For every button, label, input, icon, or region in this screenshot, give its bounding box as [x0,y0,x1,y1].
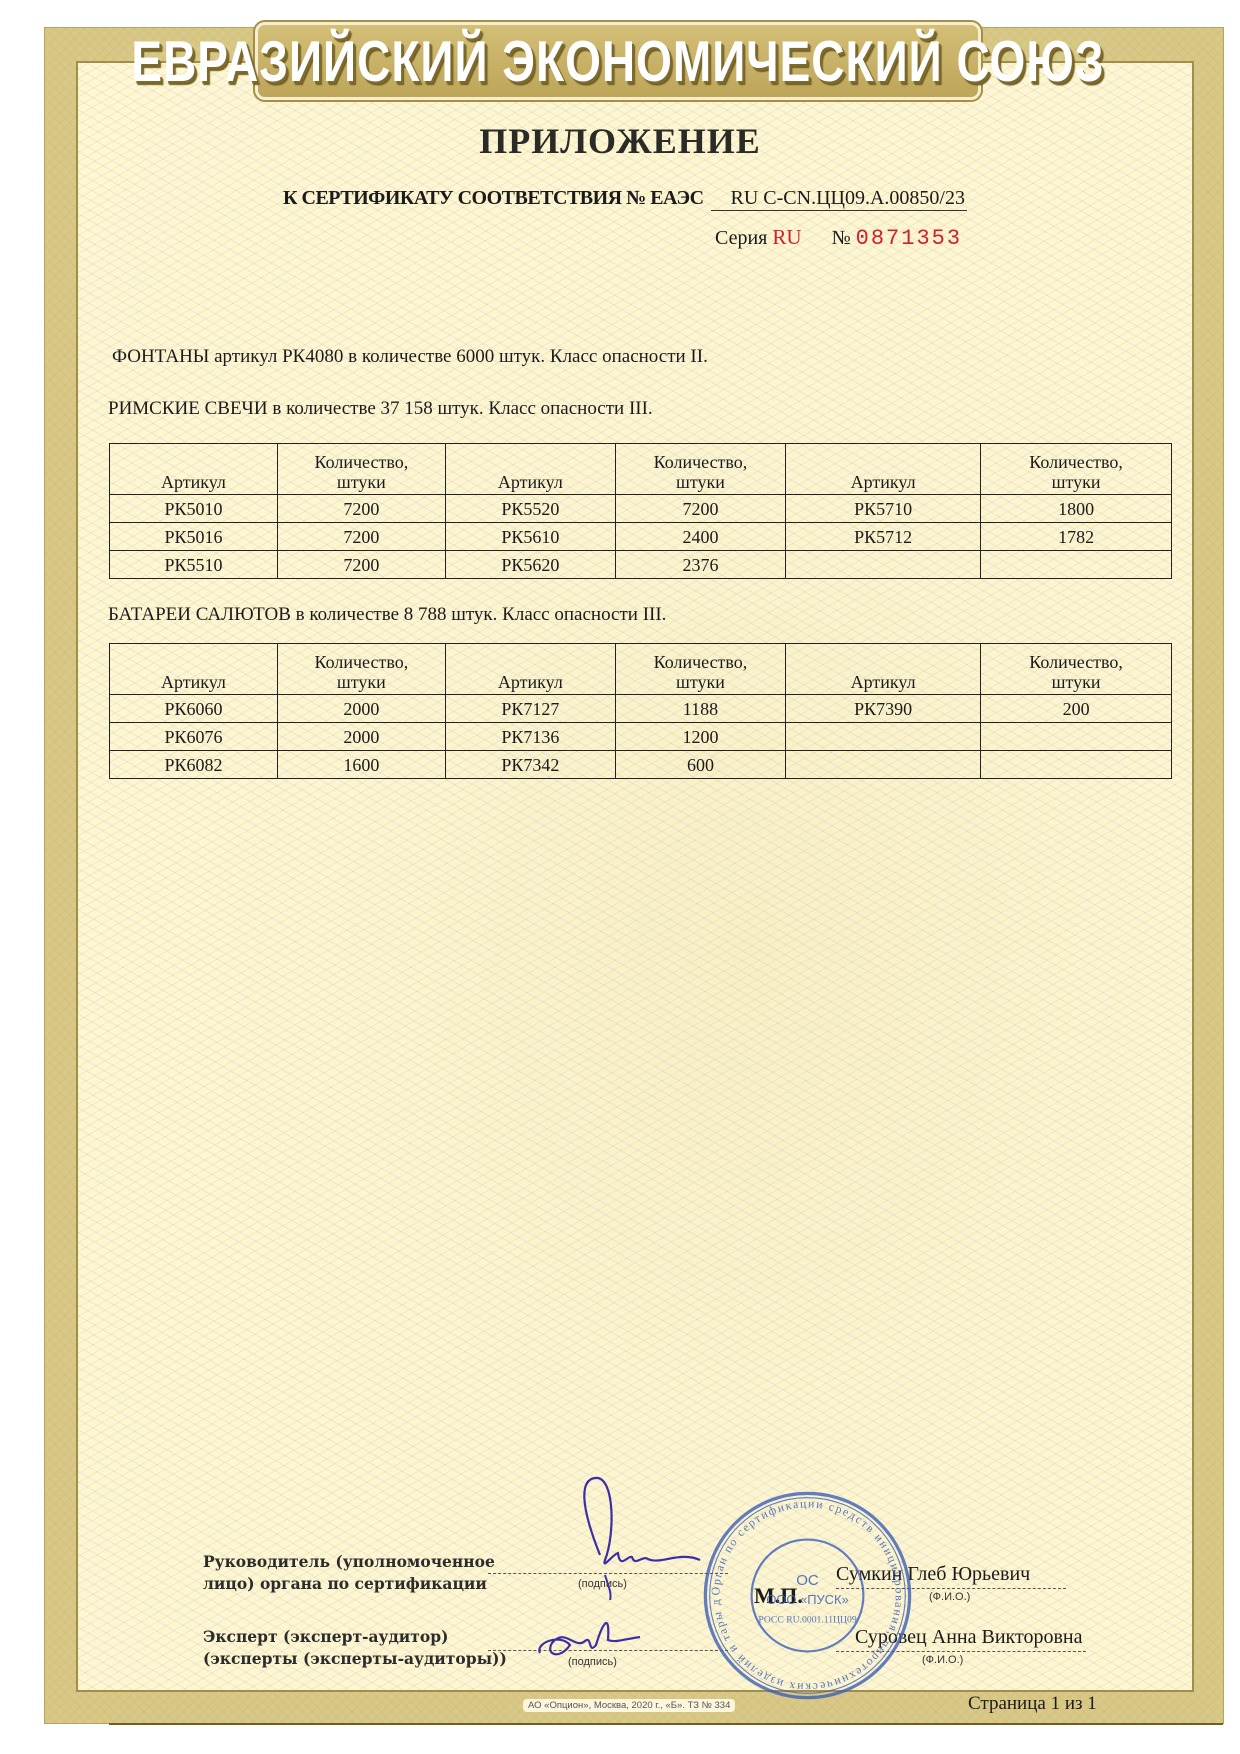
table-row: РК60762000РК71361200 [110,723,1172,751]
certificate-reference: К СЕРТИФИКАТУ СООТВЕТСТВИЯ № ЕАЭС RU C-C… [283,187,967,211]
page-number: Страница 1 из 1 [968,1693,1097,1715]
header-article: Артикул [786,644,981,695]
table-row: РК60602000РК71271188РК7390200 [110,695,1172,723]
header-quantity: Количество,штуки [981,444,1172,495]
page-title: ПРИЛОЖЕНИЕ [0,120,1240,162]
cell-article: РК5016 [110,523,278,551]
header-article: Артикул [110,644,278,695]
cell-article: РК5610 [445,523,615,551]
cell-quantity: 7200 [277,495,445,523]
cell-article: РК7342 [445,751,615,779]
cell-quantity: 7200 [277,523,445,551]
section-batteries: БАТАРЕИ САЛЮТОВ в количестве 8 788 штук.… [108,604,666,626]
section-fountains: ФОНТАНЫ артикул РК4080 в количестве 6000… [112,346,708,368]
cell-quantity: 2400 [615,523,785,551]
cell-quantity: 1188 [615,695,785,723]
cell-article: РК6060 [110,695,278,723]
cell-quantity [981,751,1172,779]
cell-quantity: 7200 [277,551,445,579]
batteries-table: Артикул Количество,штуки Артикул Количес… [109,643,1172,779]
certificate-sheet [44,27,1224,1724]
cell-article: РК5520 [445,495,615,523]
table-row: РК55107200РК56202376 [110,551,1172,579]
series-label: Серия [715,227,767,249]
series-value: RU [772,225,801,249]
cell-quantity: 2000 [277,695,445,723]
cell-quantity [981,551,1172,579]
expert-signature [530,1605,660,1665]
header-article: Артикул [445,644,615,695]
table-row: РК60821600РК7342600 [110,751,1172,779]
cell-article [786,723,981,751]
header-quantity: Количество,штуки [277,644,445,695]
cert-prefix: К СЕРТИФИКАТУ СООТВЕТСТВИЯ № ЕАЭС [283,187,704,209]
cell-quantity [981,723,1172,751]
header-quantity: Количество,штуки [615,444,785,495]
number-label: № [832,227,851,249]
cell-quantity: 2000 [277,723,445,751]
series-line: Серия RU № 0871353 [715,225,962,251]
cell-article: РК5510 [110,551,278,579]
cell-article [786,751,981,779]
header-article: Артикул [110,444,278,495]
cell-quantity: 1200 [615,723,785,751]
head-of-body-label: Руководитель (уполномоченноелицо) органа… [203,1551,495,1595]
head-name-caption: (Ф.И.О.) [929,1591,970,1603]
cell-quantity: 1800 [981,495,1172,523]
cell-article: РК7127 [445,695,615,723]
header-article: Артикул [445,444,615,495]
expert-name-caption: (Ф.И.О.) [922,1654,963,1666]
cell-quantity: 2376 [615,551,785,579]
cell-quantity: 1782 [981,523,1172,551]
header-quantity: Количество,штуки [615,644,785,695]
cert-number: RU C-CN.ЦЦ09.А.00850/23 [711,187,967,211]
stamp-center-bottom: РОСС RU.0001.11ЦЦ09 [758,1614,857,1625]
cell-quantity: 600 [615,751,785,779]
table-header-row: Артикул Количество,штуки Артикул Количес… [110,444,1172,495]
eaeu-banner: ЕВРАЗИЙСКИЙ ЭКОНОМИЧЕСКИЙ СОЮЗ [255,22,981,100]
stamp-center-top: ОС [796,1572,819,1589]
table-header-row: Артикул Количество,штуки Артикул Количес… [110,644,1172,695]
banner-text: ЕВРАЗИЙСКИЙ ЭКОНОМИЧЕСКИЙ СОЮЗ [131,27,1104,95]
cell-article: РК5010 [110,495,278,523]
table-row: РК50107200РК55207200РК57101800 [110,495,1172,523]
header-quantity: Количество,штуки [277,444,445,495]
cell-quantity: 1600 [277,751,445,779]
head-signature [560,1475,710,1600]
cell-article: РК7136 [445,723,615,751]
cell-article [786,551,981,579]
certificate-inner-frame [76,61,1194,1692]
certification-body-stamp: Орган по сертификации средств инициирова… [700,1488,915,1703]
cell-article: РК7390 [786,695,981,723]
serial-number: 0871353 [856,226,962,251]
cell-article: РК6076 [110,723,278,751]
roman-candles-table: Артикул Количество,штуки Артикул Количес… [109,443,1172,579]
footer-divider [109,1723,1223,1725]
cell-article: РК5712 [786,523,981,551]
header-quantity: Количество,штуки [981,644,1172,695]
expert-label: Эксперт (эксперт-аудитор)(эксперты (эксп… [203,1626,507,1670]
cell-quantity: 200 [981,695,1172,723]
cell-article: РК5710 [786,495,981,523]
stamp-center-middle: ООО «ПУСК» [766,1592,848,1607]
table-row: РК50167200РК56102400РК57121782 [110,523,1172,551]
cell-article: РК5620 [445,551,615,579]
cell-article: РК6082 [110,751,278,779]
section-roman-candles: РИМСКИЕ СВЕЧИ в количестве 37 158 штук. … [108,398,653,420]
header-article: Артикул [786,444,981,495]
cell-quantity: 7200 [615,495,785,523]
printer-imprint: АО «Опцион», Москва, 2020 г., «Б». ТЗ № … [523,1699,735,1712]
